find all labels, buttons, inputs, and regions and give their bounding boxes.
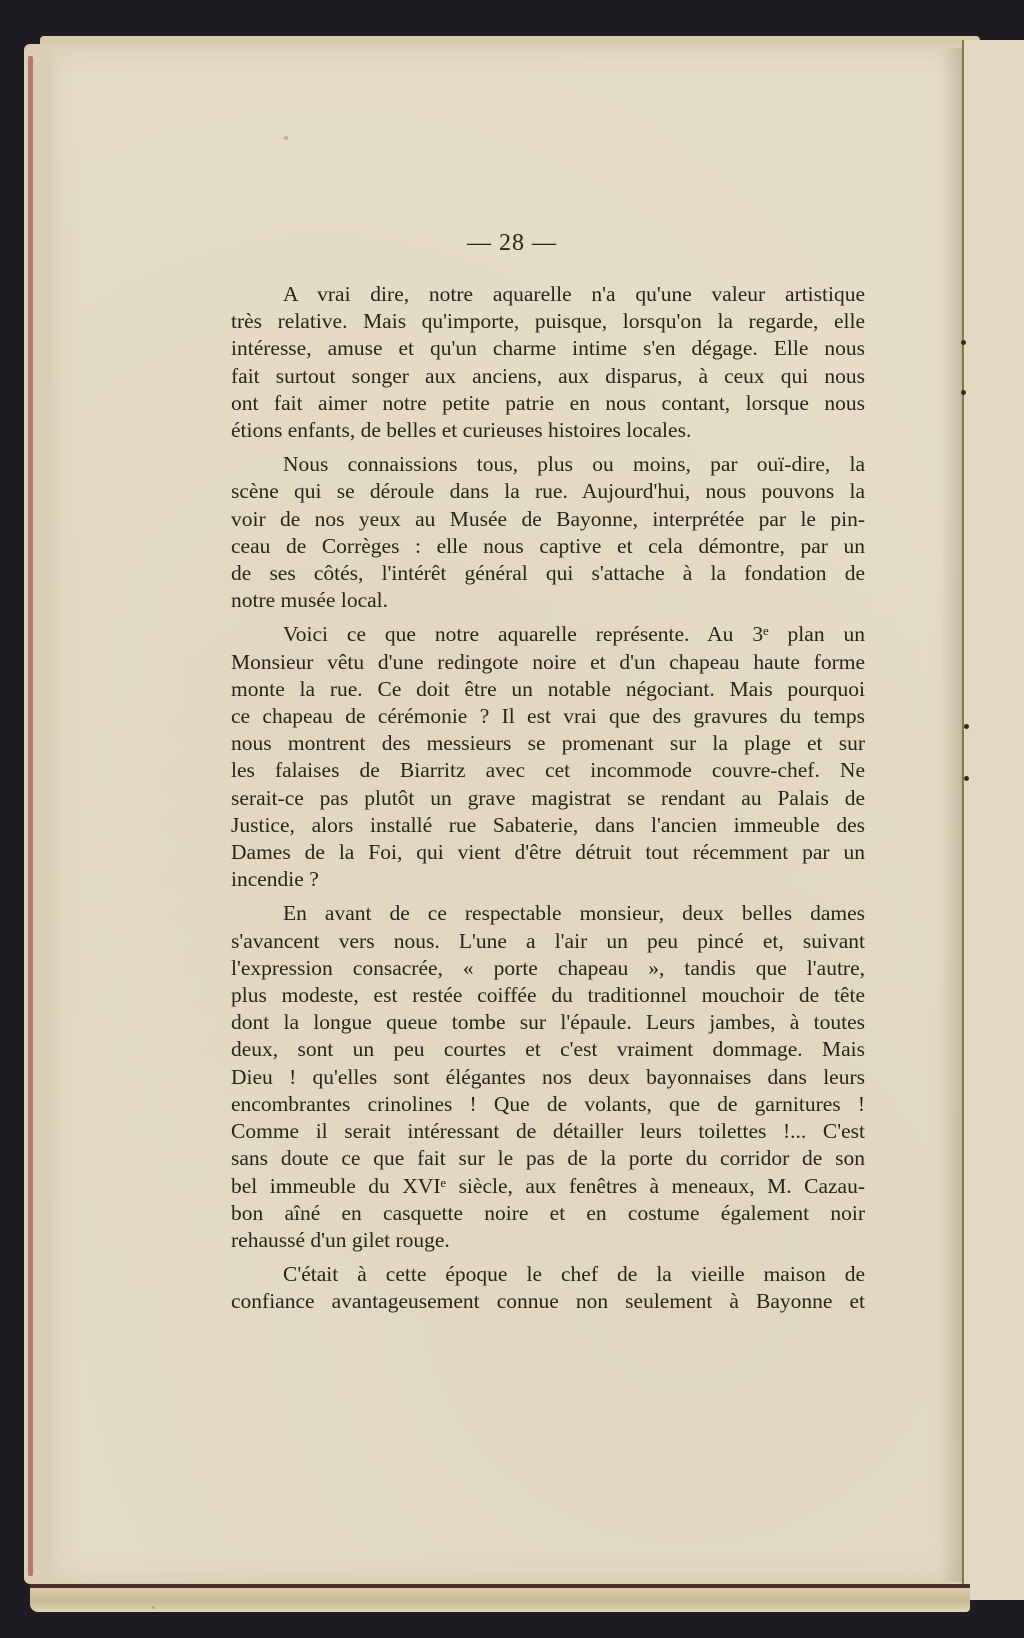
red-page-edge — [28, 56, 33, 1576]
paragraph-2: Nous connaissions tous, plus ou moins, p… — [231, 451, 865, 614]
text-line: confiance avantageusement connue non seu… — [231, 1288, 865, 1315]
paragraph-4: En avant de ce respectable monsieur, deu… — [231, 900, 865, 1254]
text-line: rehaussé d'un gilet rouge. — [231, 1227, 865, 1254]
text-line: Voici ce que notre aquarelle représente.… — [231, 621, 865, 648]
paragraph-5: C'était à cette époque le chef de la vie… — [231, 1261, 865, 1315]
text-line: Dieu ! qu'elles sont élégantes nos deux … — [231, 1064, 865, 1091]
text-line: encombrantes crinolines ! Que de volants… — [231, 1091, 865, 1118]
text-line: serait-ce pas plutôt un grave magistrat … — [231, 785, 865, 812]
text-line: C'était à cette époque le chef de la vie… — [231, 1261, 865, 1288]
text-line: bon aîné en casquette noire et en costum… — [231, 1200, 865, 1227]
paragraph-1: A vrai dire, notre aquarelle n'a qu'une … — [231, 281, 865, 444]
text-line: étions enfants, de belles et curieuses h… — [231, 417, 865, 444]
page-number: — 28 — — [0, 230, 1024, 257]
text-line: intéresse, amuse et qu'un charme intime … — [231, 335, 865, 362]
text-line: monte la rue. Ce doit être un notable né… — [231, 676, 865, 703]
binding-stitch — [964, 724, 969, 729]
text-line: l'expression consacrée, « porte chapeau … — [231, 955, 865, 982]
gutter-shadow — [940, 48, 962, 1582]
text-line: Nous connaissions tous, plus ou moins, p… — [231, 451, 865, 478]
paper-spot — [152, 1606, 155, 1609]
text-line: voir de nos yeux au Musée de Bayonne, in… — [231, 506, 865, 533]
binding-stitch — [964, 776, 969, 781]
text-line: A vrai dire, notre aquarelle n'a qu'une … — [231, 281, 865, 308]
next-page-edge — [962, 40, 1024, 1600]
text-line: fait surtout songer aux anciens, aux dis… — [231, 363, 865, 390]
text-line: ceau de Corrèges : elle nous captive et … — [231, 533, 865, 560]
text-line: En avant de ce respectable monsieur, deu… — [231, 900, 865, 927]
text-line: dont la longue queue tombe sur l'épaule.… — [231, 1009, 865, 1036]
text-line: de ses côtés, l'intérêt général qui s'at… — [231, 560, 865, 587]
body-text: A vrai dire, notre aquarelle n'a qu'une … — [231, 281, 865, 1323]
text-line: Comme il serait intéressant de détailler… — [231, 1118, 865, 1145]
text-line: Justice, alors installé rue Sabaterie, d… — [231, 812, 865, 839]
text-line: scène qui se déroule dans la rue. Aujour… — [231, 478, 865, 505]
text-line: les falaises de Biarritz avec cet incomm… — [231, 757, 865, 784]
text-line: Dames de la Foi, qui vient d'être détrui… — [231, 839, 865, 866]
paragraph-3: Voici ce que notre aquarelle représente.… — [231, 621, 865, 893]
text-line: très relative. Mais qu'importe, puisque,… — [231, 308, 865, 335]
text-line: deux, sont un peu courtes et c'est vraim… — [231, 1036, 865, 1063]
text-line: ont fait aimer notre petite patrie en no… — [231, 390, 865, 417]
binding-stitch — [961, 340, 966, 345]
text-line: incendie ? — [231, 866, 865, 893]
text-line: Monsieur vêtu d'une redingote noire et d… — [231, 649, 865, 676]
binding-stitch — [961, 390, 966, 395]
text-line: sans doute ce que fait sur le pas de la … — [231, 1145, 865, 1172]
text-line: ce chapeau de cérémonie ? Il est vrai qu… — [231, 703, 865, 730]
text-line: s'avancent vers nous. L'une a l'air un p… — [231, 928, 865, 955]
text-line: plus modeste, est restée coiffée du trad… — [231, 982, 865, 1009]
text-line: nous montrent des messieurs se promenant… — [231, 730, 865, 757]
torn-bottom-edge — [30, 1584, 970, 1612]
paper-spot — [284, 136, 288, 140]
text-line: bel immeuble du XVIᵉ siècle, aux fenêtre… — [231, 1173, 865, 1200]
text-line: notre musée local. — [231, 587, 865, 614]
